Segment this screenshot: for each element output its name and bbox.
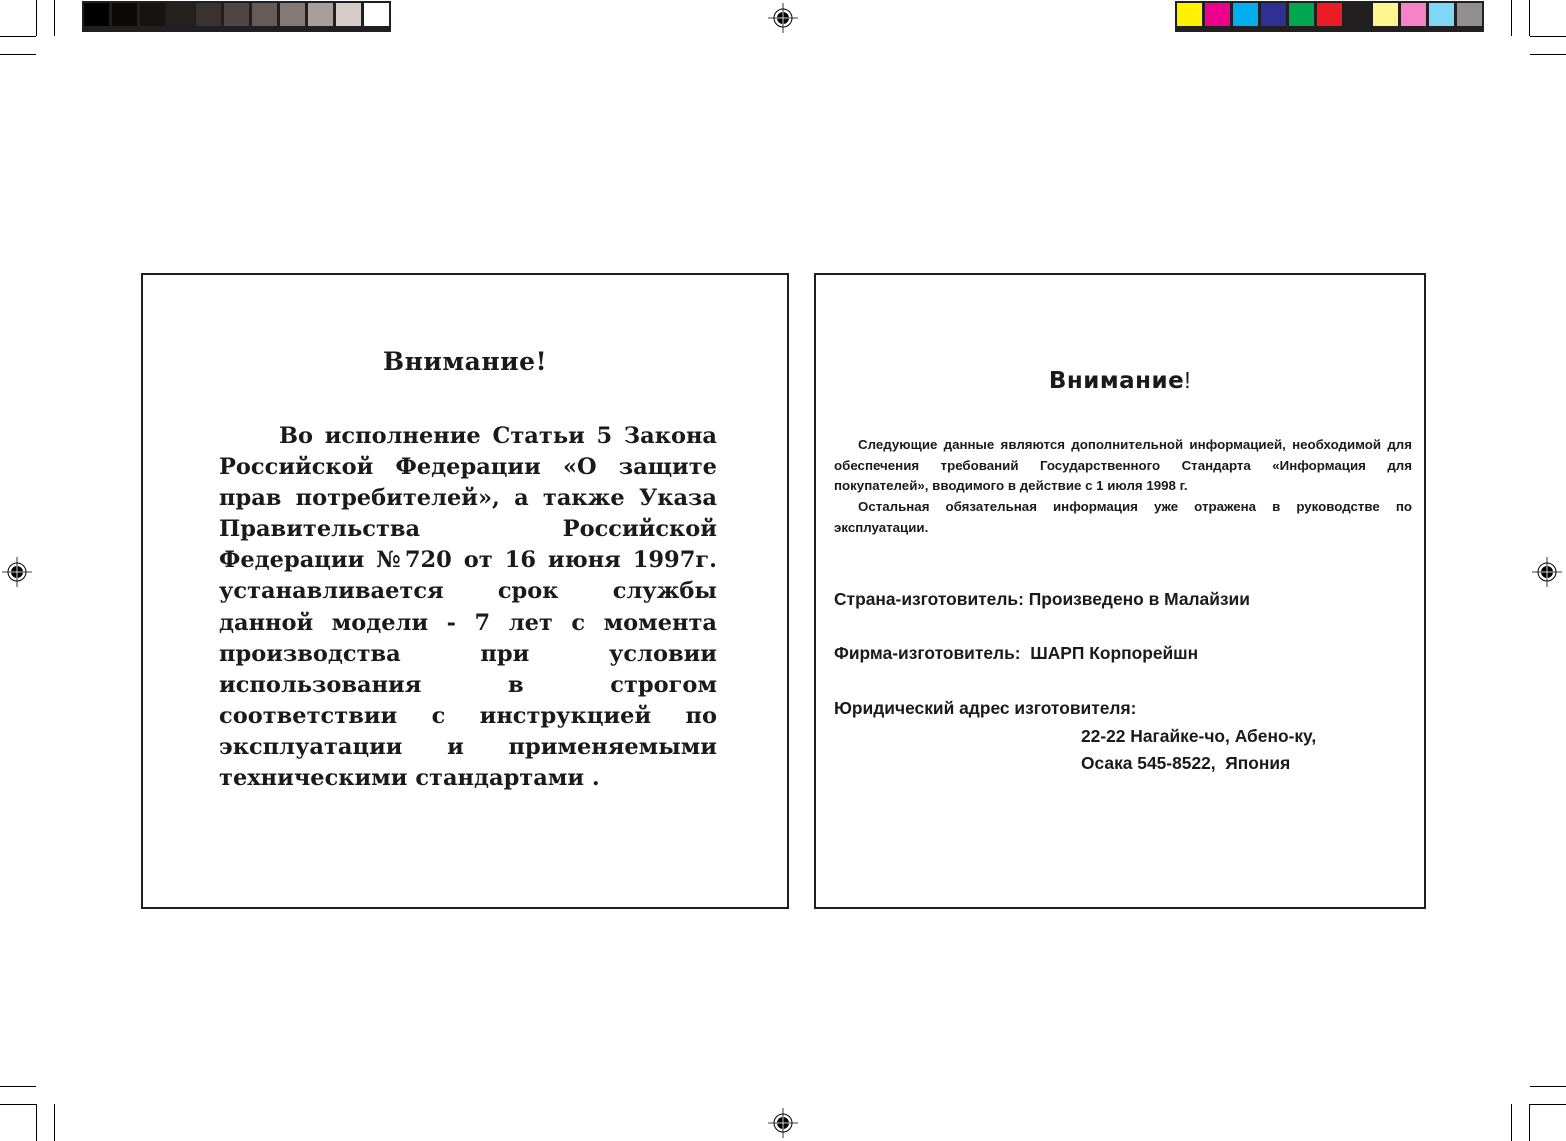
color-swatch <box>196 3 221 26</box>
color-swatch <box>224 3 249 26</box>
color-swatch <box>280 3 305 26</box>
color-swatch <box>308 3 333 26</box>
color-swatch <box>364 3 389 26</box>
crop-mark <box>36 1104 37 1141</box>
notice-title-mark: ! <box>1184 367 1191 393</box>
color-swatch <box>1289 3 1314 26</box>
color-swatch <box>1429 3 1454 26</box>
color-swatch <box>1233 3 1258 26</box>
color-swatch <box>1261 3 1286 26</box>
registration-mark-icon <box>2 557 32 587</box>
notice-title: Внимание! <box>816 367 1424 394</box>
color-swatch <box>252 3 277 26</box>
crop-mark <box>1529 1104 1530 1141</box>
crop-mark <box>0 1086 36 1087</box>
manufacturer-name: Фирма-изготовитель: ШАРП Корпорейшн <box>834 643 1198 664</box>
color-swatch <box>336 3 361 26</box>
grayscale-color-bar <box>82 1 391 32</box>
crop-mark <box>1530 1104 1566 1105</box>
color-swatch <box>1177 3 1202 26</box>
crop-mark <box>54 1104 55 1141</box>
crop-mark <box>0 54 36 55</box>
manufacturer-info-panel: Внимание! Следующие данные являются допо… <box>814 273 1426 909</box>
service-life-text: Во исполнение Статьи 5 Закона Российской… <box>219 421 717 794</box>
crop-mark <box>54 0 55 36</box>
crop-mark <box>1530 36 1566 37</box>
color-swatch <box>112 3 137 26</box>
crop-mark <box>1530 54 1566 55</box>
address-line: Осака 545-8522, Япония <box>1081 753 1290 774</box>
registration-mark-icon <box>768 3 798 33</box>
process-color-bar <box>1175 1 1484 32</box>
crop-mark <box>36 0 37 36</box>
intro-text: Следующие данные являются дополнительной… <box>834 435 1412 539</box>
registration-mark-icon <box>768 1108 798 1138</box>
color-swatch <box>140 3 165 26</box>
notice-title: Внимание! <box>143 347 787 376</box>
crop-mark <box>1511 0 1512 36</box>
address-line: 22-22 Нагайке-чо, Абено-ку, <box>1081 726 1316 747</box>
address-label: Юридический адрес изготовителя: <box>834 698 1136 719</box>
color-swatch <box>1345 3 1370 26</box>
crop-mark <box>0 36 36 37</box>
country-of-origin: Страна-изготовитель: Произведено в Малай… <box>834 589 1250 610</box>
color-swatch <box>1401 3 1426 26</box>
color-swatch <box>1373 3 1398 26</box>
crop-mark <box>1530 1086 1566 1087</box>
crop-mark <box>1529 0 1530 36</box>
color-swatch <box>84 3 109 26</box>
intro-paragraph: Остальная обязательная информация уже от… <box>834 497 1412 538</box>
color-swatch <box>168 3 193 26</box>
color-swatch <box>1457 3 1482 26</box>
color-swatch <box>1205 3 1230 26</box>
crop-mark <box>0 1104 36 1105</box>
registration-mark-icon <box>1532 557 1562 587</box>
intro-paragraph: Следующие данные являются дополнительной… <box>834 435 1412 497</box>
color-swatch <box>1317 3 1342 26</box>
notice-title-text: Внимание <box>1049 368 1184 394</box>
crop-mark <box>1511 1104 1512 1141</box>
service-life-notice-panel: Внимание! Во исполнение Статьи 5 Закона … <box>141 273 789 909</box>
